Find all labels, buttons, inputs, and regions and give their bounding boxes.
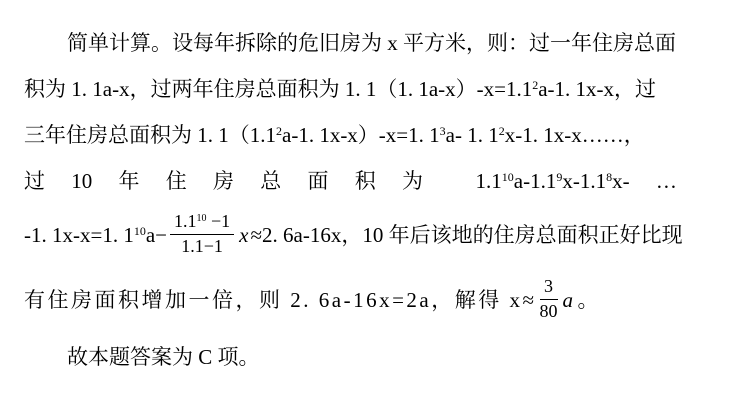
text-run: x- … <box>612 169 677 193</box>
text-run: 三年住房总面积为 1. 1（1.1 <box>24 123 276 147</box>
text-run: 积为 1. 1a-x，过两年住房总面积为 1. 1（1. 1a-x）-x=1.1 <box>24 77 532 101</box>
text-run: 80 <box>540 301 558 321</box>
text-run: a-1. 1x-x）-x=1. 1 <box>282 123 440 147</box>
text-run: x-1.1 <box>562 169 606 193</box>
fraction: 1.110 −11.1−1 <box>170 210 234 258</box>
text-run: 1.1−1 <box>181 236 223 256</box>
text-run: 过 10 年 住 房 总 面 积 为 1.1 <box>24 169 502 193</box>
solution-line-2: 积为 1. 1a-x，过两年住房总面积为 1. 1（1. 1a-x）-x=1.1… <box>24 75 715 104</box>
text-run: x-1. 1x-x……， <box>505 123 645 147</box>
math-variable: x <box>237 223 250 247</box>
fraction-denominator: 80 <box>540 300 558 323</box>
fraction-numerator: 1.110 −1 <box>170 210 234 235</box>
math-variable: a <box>561 288 578 312</box>
text-run: 3 <box>544 276 553 296</box>
superscript-exponent: 10 <box>134 224 146 238</box>
superscript-exponent: 10 <box>502 170 514 184</box>
text-run: a-1.1 <box>514 169 557 193</box>
fraction-numerator: 3 <box>540 275 558 300</box>
fraction-denominator: 1.1−1 <box>170 235 234 258</box>
text-run: a- 1. 1 <box>446 123 499 147</box>
fraction: 380 <box>540 275 558 323</box>
solution-line-6: 有住房面积增加一倍，则 2. 6a-16x=2a，解得 x≈380a。 <box>24 278 715 326</box>
text-run: −1 <box>207 211 231 231</box>
solution-line-5: -1. 1x-x=1. 110a−1.110 −11.1−1x≈2. 6a-16… <box>24 213 715 261</box>
solution-line-3: 三年住房总面积为 1. 1（1.12a-1. 1x-x）-x=1. 13a- 1… <box>24 121 715 150</box>
text-run: 故本题答案为 C 项。 <box>67 345 260 369</box>
text-run: a− <box>146 223 167 247</box>
document-body: 简单计算。设每年拆除的危旧房为 x 平方米，则：过一年住房总面积为 1. 1a-… <box>0 0 745 372</box>
answer-line: 故本题答案为 C 项。 <box>24 343 715 372</box>
text-run: ≈2. 6a-16x，10 年后该地的住房总面积正好比现 <box>251 223 683 247</box>
text-run: a-1. 1x-x，过 <box>538 77 656 101</box>
superscript-exponent: 10 <box>197 213 207 224</box>
text-run: 简单计算。设每年拆除的危旧房为 x 平方米，则：过一年住房总面 <box>67 31 676 55</box>
solution-line-1: 简单计算。设每年拆除的危旧房为 x 平方米，则：过一年住房总面 <box>24 29 715 58</box>
solution-line-4: 过 10 年 住 房 总 面 积 为 1.110a-1.19x-1.18x- … <box>24 167 715 196</box>
text-run: -1. 1x-x=1. 1 <box>24 223 134 247</box>
text-run: 1.1 <box>174 211 197 231</box>
text-run: 。 <box>578 288 602 312</box>
text-run: 有住房面积增加一倍，则 2. 6a-16x=2a，解得 x≈ <box>24 288 537 312</box>
